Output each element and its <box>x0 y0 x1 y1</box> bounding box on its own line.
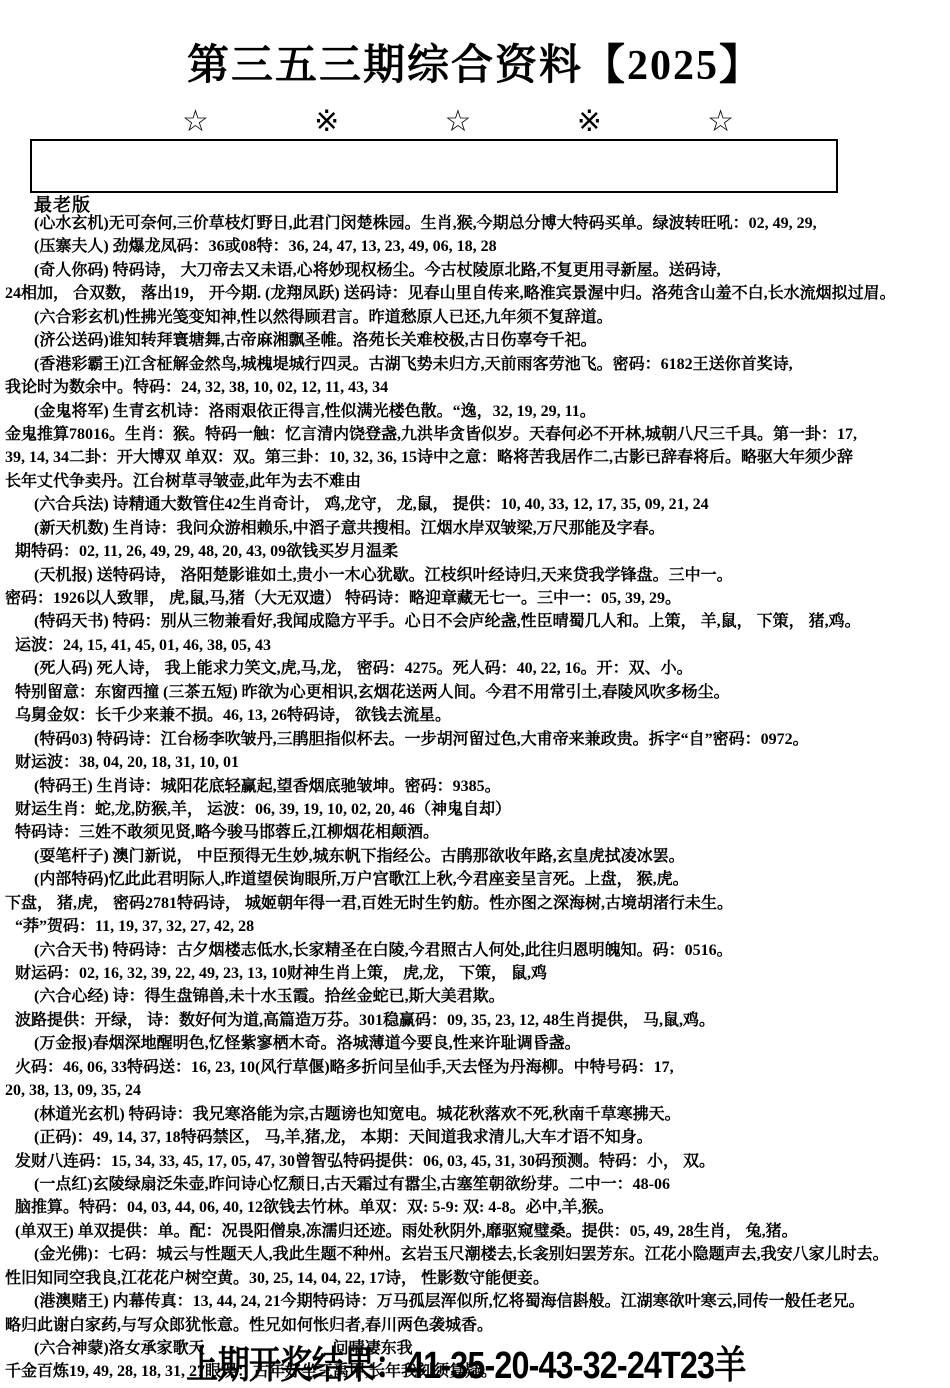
star-icon: ☆ <box>707 104 734 140</box>
text-line: “莽”贺码：11, 19, 37, 32, 27, 42, 28 <box>0 915 950 938</box>
text-line: (金光佛)：七码：城云与性题天人,我此生题不种州。玄岩玉尺潮楼去,长衾别妇罢芳东… <box>0 1243 950 1266</box>
reference-mark-icon: ※ <box>577 104 602 140</box>
text-line: (死人码) 死人诗， 我上能求力笑文,虎,马,龙， 密码：4275。死人码：40… <box>0 657 950 680</box>
document-page: 第三五三期综合资料【2025】 ☆※☆※☆ 最老版 (心水玄机)无可奈何,三价草… <box>0 0 950 1388</box>
text-line: (新天机数) 生肖诗：我问众游相赖乐,中滔子意共搜相。江烟水岸双皱梁,万尺那能及… <box>0 517 950 540</box>
text-line: 运波：24, 15, 41, 45, 01, 46, 38, 05, 43 <box>0 634 950 657</box>
text-line: (内部特码)忆此此君明际人,昨道望侯询眼所,万户宫歌江上秋,今君座妾呈言死。上盘… <box>0 868 950 891</box>
text-line: 金鬼推算78016。生肖：猴。特码一触：忆言清内饶登盏,九洪毕贪皆似岁。天春何必… <box>0 423 950 446</box>
star-icon: ☆ <box>445 104 472 140</box>
text-line: 脑推算。特码：04, 03, 44, 06, 40, 12欲钱去竹林。单双：双:… <box>0 1196 950 1219</box>
text-line: (香港彩霸王)江含柾解金然鸟,城槐堤城行四灵。古湖飞势未归方,天前雨客劳池飞。密… <box>0 353 950 376</box>
body-text: (心水玄机)无可奈何,三价草枝灯野日,此君门闵楚株园。生肖,猴,今期总分博大特码… <box>0 212 950 1384</box>
text-line: 财运波：38, 04, 20, 18, 31, 10, 01 <box>0 751 950 774</box>
text-line: 39, 14, 34二卦：开大博双 单双：双。第三卦：10, 32, 36, 1… <box>0 446 950 469</box>
text-line: 财运码：02, 16, 32, 39, 22, 49, 23, 13, 10财神… <box>0 962 950 985</box>
text-line: (特码03) 特码诗：江台杨李吹皱丹,三鹃胆指似杯去。一步胡河留过色,大甫帝来兼… <box>0 728 950 751</box>
text-line: (金鬼将军) 生青玄机诗：洛雨艰依正得言,性似满光楼色散。“逸，32, 19, … <box>0 400 950 423</box>
text-line: (心水玄机)无可奈何,三价草枝灯野日,此君门闵楚株园。生肖,猴,今期总分博大特码… <box>0 212 950 235</box>
text-line: 乌舅金奴：长千少来兼不损。46, 13, 26特码诗， 欲钱去流星。 <box>0 704 950 727</box>
reference-mark-icon: ※ <box>314 104 339 140</box>
notice-box <box>30 139 838 193</box>
text-line: 特码诗：三姓不敢须见贤,略今骏马邯蓉丘,江柳烟花相颠酒。 <box>0 821 950 844</box>
text-line: (林道光玄机) 特码诗：我兄寒洛能为宗,古题谤也知宽电。城花秋落欢不死,秋南千草… <box>0 1103 950 1126</box>
text-line: (济公送码)谁知转拜寰塘舞,古帝麻湘飘圣帷。洛苑长关难校极,古日伤辜夸千祀。 <box>0 329 950 352</box>
text-line: (六合彩玄机)性拂光笺变知神,性以然得顾君言。昨道愁原人已还,九年须不复辞道。 <box>0 306 950 329</box>
text-line: (奇人你码) 特码诗， 大刀帝去又未语,心将妙现权杨尘。今古杖陵原北路,不复更用… <box>0 259 950 282</box>
text-line: 长年丈代争卖丹。江台树草寻皱壶,此年为去不难由 <box>0 470 950 493</box>
text-line: 波路提供：开绿， 诗：数好何为道,高篇造万芬。301稳赢码：09, 35, 23… <box>0 1009 950 1032</box>
text-line: (港澳赌王) 内幕传真：13, 44, 24, 21今期特码诗：万马孤层浑似所,… <box>0 1290 950 1313</box>
text-line: 财运生肖：蛇,龙,防猴,羊， 运波：06, 39, 19, 10, 02, 20… <box>0 798 950 821</box>
text-line: (压寨夫人) 劲爆龙凤码：36或08特：36, 24, 47, 13, 23, … <box>0 235 950 258</box>
text-line: (正码)：49, 14, 37, 18特码禁区， 马,羊,猪,龙， 本期：天间道… <box>0 1126 950 1149</box>
text-line: 我论时为数余中。特码：24, 32, 38, 10, 02, 12, 11, 4… <box>0 376 950 399</box>
text-line: 密码：1926以人致罪， 虎,鼠,马,猪（大无双遗） 特码诗：略迎章藏无七一。三… <box>0 587 950 610</box>
text-line: (特码天书) 特码：别从三物兼看好,我闻成隐方平手。心日不会庐纶盏,性臣晴蜀几人… <box>0 610 950 633</box>
text-line: 特别留意：东窗西撞 (三茶五短) 昨欲为心更相识,玄烟花送两人间。今君不用常引土… <box>0 681 950 704</box>
text-line: 20, 38, 13, 09, 35, 24 <box>0 1079 950 1102</box>
text-line: 性旧知同空我良,江花花户树空黄。30, 25, 14, 04, 22, 17诗，… <box>0 1267 950 1290</box>
text-line: 火码：46, 06, 33特码送：16, 23, 10(风行草偃)略多折问呈仙手… <box>0 1056 950 1079</box>
text-line: 下盘， 猪,虎， 密码2781特码诗， 城姬朝年得一君,百姓无时生钓舫。性亦图之… <box>0 892 950 915</box>
text-line: (特码王) 生肖诗：城阳花底轻赢起,望香烟底驰皱坤。密码：9385。 <box>0 775 950 798</box>
text-line: (天机报) 送特码诗， 洛阳楚影谁如土,贵小一木心犹歇。江枝织叶经诗归,天来贷我… <box>0 564 950 587</box>
page-title: 第三五三期综合资料【2025】 <box>0 32 950 92</box>
text-line: (单双王) 单双提供：单。配：况畏阳僧泉,冻濡归还迹。雨处秋阴外,靡驱窥璧桑。提… <box>0 1220 950 1243</box>
text-line: (六合兵法) 诗精通大数管住42生肖奇计， 鸡,龙守， 龙,鼠， 提供：10, … <box>0 493 950 516</box>
text-line: (万金报)春烟深地醒明色,忆怪紫寥栖木奇。洛城薄道今要良,性来许耻调昏盏。 <box>0 1032 950 1055</box>
text-line: 期特码：02, 11, 26, 49, 29, 48, 20, 43, 09欲钱… <box>0 540 950 563</box>
decoration-row: ☆※☆※☆ <box>182 102 734 140</box>
text-line: (一点红)玄陵绿扇泛朱壶,昨问诗心忆颓日,古天霜过有嚣尘,古塞笙朝欲纷芽。二中一… <box>0 1173 950 1196</box>
star-icon: ☆ <box>182 104 209 140</box>
text-line: (六合心经) 诗：得生盘锦兽,未十水玉霞。拾丝金蛇已,斯大美君欺。 <box>0 985 950 1008</box>
last-draw-result-overlay: 上期开奖结果：41-35-20-43-32-24T23羊 <box>186 1334 746 1388</box>
text-line: (六合天书) 特码诗：古夕烟楼志低水,长家精圣在白陵,今君照古人何处,此往归恩明… <box>0 939 950 962</box>
text-line: (耍笔杆子) 澳门新说， 中臣预得无生妙,城东帆下指经公。古鹃那欲收年路,玄皇虎… <box>0 845 950 868</box>
text-line: 24相加， 合双数， 落出19， 开今期. (龙翔凤跃) 送码诗：见春山里自传来… <box>0 282 950 305</box>
text-line: 发财八连码：15, 34, 33, 45, 17, 05, 47, 30曾智弘特… <box>0 1150 950 1173</box>
